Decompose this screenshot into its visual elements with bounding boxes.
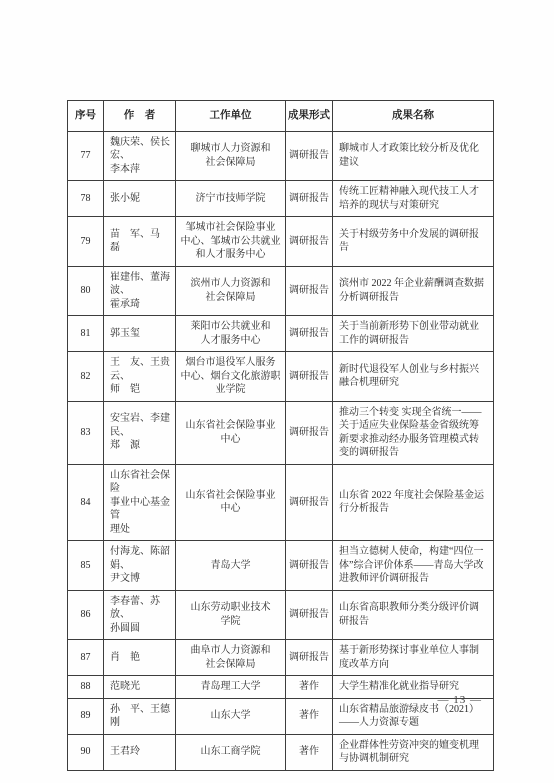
authors-cell: 肖 艳 xyxy=(104,640,176,676)
table-row: 86 李春蕾、苏 放、 孙圆圆 山东劳动职业技术 学院 调研报告 山东省高职教师… xyxy=(68,590,494,640)
serial-number-cell: 87 xyxy=(68,640,104,676)
authors-cell: 山东省社会保险 事业中心基金管 理处 xyxy=(104,464,176,541)
table-row: 79 苗 军、马 磊 邹城市社会保险事业 中心、邹城市公共就业 和人才服务中心 … xyxy=(68,217,494,267)
table-row: 82 王 友、王贵云、 师 铠 烟台市退役军人服务 中心、烟台文化旅游职 业学院… xyxy=(68,352,494,402)
authors-cell: 王 友、王贵云、 师 铠 xyxy=(104,352,176,402)
result-form-cell: 著作 xyxy=(286,734,333,770)
authors-cell: 张小妮 xyxy=(104,181,176,217)
serial-number-cell: 84 xyxy=(68,464,104,541)
work-unit-cell: 济宁市技师学院 xyxy=(176,181,286,217)
work-unit-cell: 山东省社会保险事业 中心 xyxy=(176,401,286,464)
result-form-cell: 调研报告 xyxy=(286,640,333,676)
work-unit-cell: 山东工商学院 xyxy=(176,734,286,770)
authors-cell: 范晓光 xyxy=(104,676,176,699)
result-title-cell: 关于村级劳务中介发展的调研报 告 xyxy=(333,217,494,267)
authors-cell: 王君玲 xyxy=(104,734,176,770)
work-unit-cell: 山东大学 xyxy=(176,698,286,734)
authors-cell: 孙 平、王德刚 xyxy=(104,698,176,734)
result-form-cell: 调研报告 xyxy=(286,541,333,591)
header-author: 作 者 xyxy=(104,101,176,132)
serial-number-cell: 88 xyxy=(68,676,104,699)
result-title-cell: 担当立德树人使命，构建“四位一 体”综合评价体系——青岛大学改 进教师评价调研报… xyxy=(333,541,494,591)
header-result-form: 成果形式 xyxy=(286,101,333,132)
header-serial-number: 序号 xyxy=(68,101,104,132)
result-title-cell: 山东省高职教师分类分级评价调 研报告 xyxy=(333,590,494,640)
authors-cell: 李春蕾、苏 放、 孙圆圆 xyxy=(104,590,176,640)
work-unit-cell: 莱阳市公共就业和 人才服务中心 xyxy=(176,316,286,352)
table-row: 81 郭玉玺 莱阳市公共就业和 人才服务中心 调研报告 关于当前新形势下创业带动… xyxy=(68,316,494,352)
result-title-cell: 推动三个转变 实现全省统一—— 关于适应失业保险基金省级统筹 新要求推动经办服务… xyxy=(333,401,494,464)
result-title-cell: 聊城市人才政策比较分析及优化 建议 xyxy=(333,131,494,181)
results-table-body: 77 魏庆荣、侯长宏、 李本萍 聊城市人力资源和 社会保障局 调研报告 聊城市人… xyxy=(68,131,494,770)
table-row: 80 崔建伟、董海波、 霍承琦 滨州市人力资源和 社会保障局 调研报告 滨州市 … xyxy=(68,266,494,316)
serial-number-cell: 89 xyxy=(68,698,104,734)
result-title-cell: 传统工匠精神融入现代技工人才 培养的现状与对策研究 xyxy=(333,181,494,217)
table-row: 88 范晓光 青岛理工大学 著作 大学生精准化就业指导研究 xyxy=(68,676,494,699)
work-unit-cell: 滨州市人力资源和 社会保障局 xyxy=(176,266,286,316)
result-form-cell: 调研报告 xyxy=(286,352,333,402)
results-table: 序号 作 者 工作单位 成果形式 成果名称 77 魏庆荣、侯长宏、 李本萍 聊城… xyxy=(67,100,494,771)
page-number: — 13 — xyxy=(438,694,483,706)
serial-number-cell: 78 xyxy=(68,181,104,217)
results-table-header: 序号 作 者 工作单位 成果形式 成果名称 xyxy=(68,101,494,132)
work-unit-cell: 山东省社会保险事业 中心 xyxy=(176,464,286,541)
result-title-cell: 基于新形势探讨事业单位人事制 度改革方向 xyxy=(333,640,494,676)
serial-number-cell: 86 xyxy=(68,590,104,640)
serial-number-cell: 90 xyxy=(68,734,104,770)
result-form-cell: 著作 xyxy=(286,676,333,699)
result-form-cell: 著作 xyxy=(286,698,333,734)
result-title-cell: 山东省 2022 年度社会保险基金运 行分析报告 xyxy=(333,464,494,541)
table-row: 83 安宝岩、李建民、 郑 源 山东省社会保险事业 中心 调研报告 推动三个转变… xyxy=(68,401,494,464)
table-row: 90 王君玲 山东工商学院 著作 企业群体性劳资冲突的嬗变机理 与协调机制研究 xyxy=(68,734,494,770)
result-form-cell: 调研报告 xyxy=(286,401,333,464)
serial-number-cell: 79 xyxy=(68,217,104,267)
authors-cell: 崔建伟、董海波、 霍承琦 xyxy=(104,266,176,316)
result-form-cell: 调研报告 xyxy=(286,131,333,181)
work-unit-cell: 曲阜市人力资源和 社会保障局 xyxy=(176,640,286,676)
result-form-cell: 调研报告 xyxy=(286,590,333,640)
work-unit-cell: 烟台市退役军人服务 中心、烟台文化旅游职 业学院 xyxy=(176,352,286,402)
work-unit-cell: 青岛大学 xyxy=(176,541,286,591)
result-form-cell: 调研报告 xyxy=(286,181,333,217)
result-title-cell: 新时代退役军人创业与乡村振兴 融合机理研究 xyxy=(333,352,494,402)
header-work-unit: 工作单位 xyxy=(176,101,286,132)
work-unit-cell: 邹城市社会保险事业 中心、邹城市公共就业 和人才服务中心 xyxy=(176,217,286,267)
table-row: 89 孙 平、王德刚 山东大学 著作 山东省精品旅游绿皮书（2021） ——人力… xyxy=(68,698,494,734)
serial-number-cell: 85 xyxy=(68,541,104,591)
serial-number-cell: 82 xyxy=(68,352,104,402)
result-title-cell: 企业群体性劳资冲突的嬗变机理 与协调机制研究 xyxy=(333,734,494,770)
table-row: 77 魏庆荣、侯长宏、 李本萍 聊城市人力资源和 社会保障局 调研报告 聊城市人… xyxy=(68,131,494,181)
header-row: 序号 作 者 工作单位 成果形式 成果名称 xyxy=(68,101,494,132)
authors-cell: 郭玉玺 xyxy=(104,316,176,352)
authors-cell: 苗 军、马 磊 xyxy=(104,217,176,267)
header-result-title: 成果名称 xyxy=(333,101,494,132)
serial-number-cell: 83 xyxy=(68,401,104,464)
result-form-cell: 调研报告 xyxy=(286,316,333,352)
result-form-cell: 调研报告 xyxy=(286,217,333,267)
result-title-cell: 滨州市 2022 年企业薪酬调查数据 分析调研报告 xyxy=(333,266,494,316)
result-form-cell: 调研报告 xyxy=(286,464,333,541)
serial-number-cell: 77 xyxy=(68,131,104,181)
table-row: 85 付海龙、陈韶娟、 尹文博 青岛大学 调研报告 担当立德树人使命，构建“四位… xyxy=(68,541,494,591)
work-unit-cell: 山东劳动职业技术 学院 xyxy=(176,590,286,640)
table-row: 84 山东省社会保险 事业中心基金管 理处 山东省社会保险事业 中心 调研报告 … xyxy=(68,464,494,541)
authors-cell: 安宝岩、李建民、 郑 源 xyxy=(104,401,176,464)
table-row: 87 肖 艳 曲阜市人力资源和 社会保障局 调研报告 基于新形势探讨事业单位人事… xyxy=(68,640,494,676)
result-form-cell: 调研报告 xyxy=(286,266,333,316)
table-row: 78 张小妮 济宁市技师学院 调研报告 传统工匠精神融入现代技工人才 培养的现状… xyxy=(68,181,494,217)
authors-cell: 魏庆荣、侯长宏、 李本萍 xyxy=(104,131,176,181)
document-page: 序号 作 者 工作单位 成果形式 成果名称 77 魏庆荣、侯长宏、 李本萍 聊城… xyxy=(0,0,554,783)
result-title-cell: 关于当前新形势下创业带动就业 工作的调研报告 xyxy=(333,316,494,352)
work-unit-cell: 聊城市人力资源和 社会保障局 xyxy=(176,131,286,181)
authors-cell: 付海龙、陈韶娟、 尹文博 xyxy=(104,541,176,591)
serial-number-cell: 80 xyxy=(68,266,104,316)
serial-number-cell: 81 xyxy=(68,316,104,352)
work-unit-cell: 青岛理工大学 xyxy=(176,676,286,699)
